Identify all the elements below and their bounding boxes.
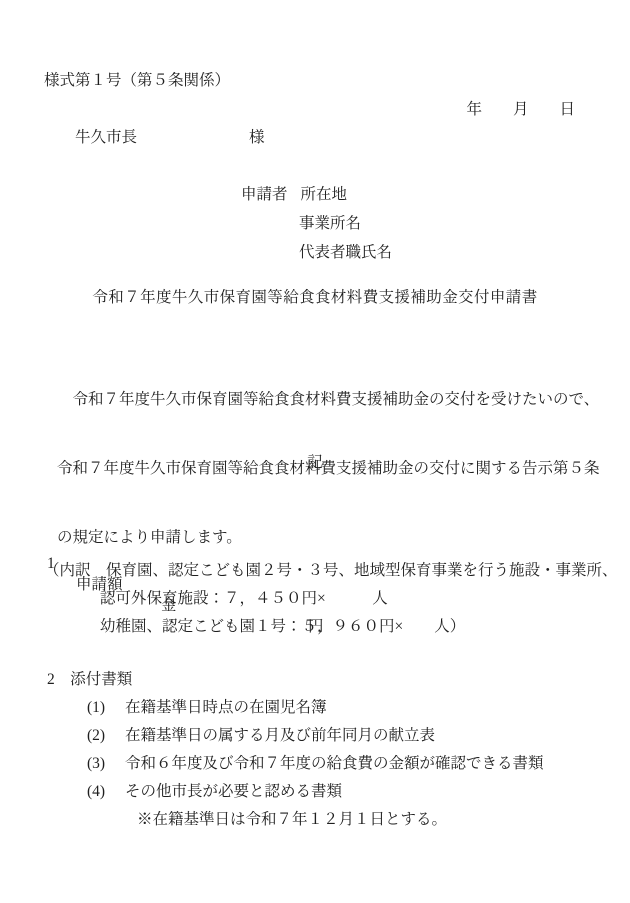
applicant-field-location: 所在地	[301, 186, 348, 203]
applicant-field-business-name: 事業所名	[299, 213, 361, 234]
breakdown-line-2: 認可外保育施設：７，４５０円× 人	[100, 588, 388, 609]
applicant-label: 申請者	[241, 186, 288, 203]
attachment-item-4-number: (4)	[87, 781, 125, 802]
reference-date-note: ※在籍基準日は令和７年１２月１日とする。	[137, 809, 447, 830]
applicant-row-location: 申請者所在地	[241, 184, 347, 205]
attachment-item-1: (1) 在籍基準日時点の在園児名簿	[87, 697, 327, 718]
attachment-item-4: (4) その他市長が必要と認める書類	[87, 781, 342, 802]
attachment-item-4-text: その他市長が必要と認める書類	[125, 781, 342, 802]
addressee-name: 牛久市長	[75, 129, 137, 146]
section2-attachments-heading: 2 添付書類	[47, 669, 132, 690]
ki-separator-label: 記	[0, 452, 630, 473]
date-fill-in-line: 年 月 日	[466, 99, 575, 120]
attachment-item-2-number: (2)	[87, 725, 125, 746]
applicant-field-representative: 代表者職氏名	[299, 242, 392, 263]
body-paragraph-line-1: 令和７年度牛久市保育園等給食食材料費支援補助金の交付を受けたいので、	[57, 386, 577, 413]
addressee-line: 牛久市長様	[75, 127, 265, 148]
attachment-item-1-number: (1)	[87, 697, 125, 718]
application-form-page: 様式第１号（第５条関係） 年 月 日 牛久市長様 申請者所在地 事業所名 代表者…	[0, 0, 630, 903]
section1-application-amount-row: 1 申請額 金 円	[0, 532, 630, 553]
attachment-item-3: (3) 令和６年度及び令和７年度の給食費の金額が確認できる書類	[87, 753, 544, 774]
attachment-item-3-text: 令和６年度及び令和７年度の給食費の金額が確認できる書類	[125, 753, 544, 774]
attachment-item-3-number: (3)	[87, 753, 125, 774]
form-number-label: 様式第１号（第５条関係）	[44, 70, 230, 91]
document-title: 令和７年度牛久市保育園等給食食材料費支援補助金交付申請書	[0, 287, 630, 308]
breakdown-line-3: 幼稚園、認定こども園１号：５，９６０円× 人）	[100, 616, 465, 637]
breakdown-line-1: （内訳 保育園、認定こども園２号・３号、地域型保育事業を行う施設・事業所、	[44, 560, 618, 581]
attachment-item-2-text: 在籍基準日の属する月及び前年同月の献立表	[125, 725, 435, 746]
addressee-honorific: 様	[249, 129, 265, 146]
attachment-item-1-text: 在籍基準日時点の在園児名簿	[125, 697, 327, 718]
attachment-item-2: (2) 在籍基準日の属する月及び前年同月の献立表	[87, 725, 435, 746]
